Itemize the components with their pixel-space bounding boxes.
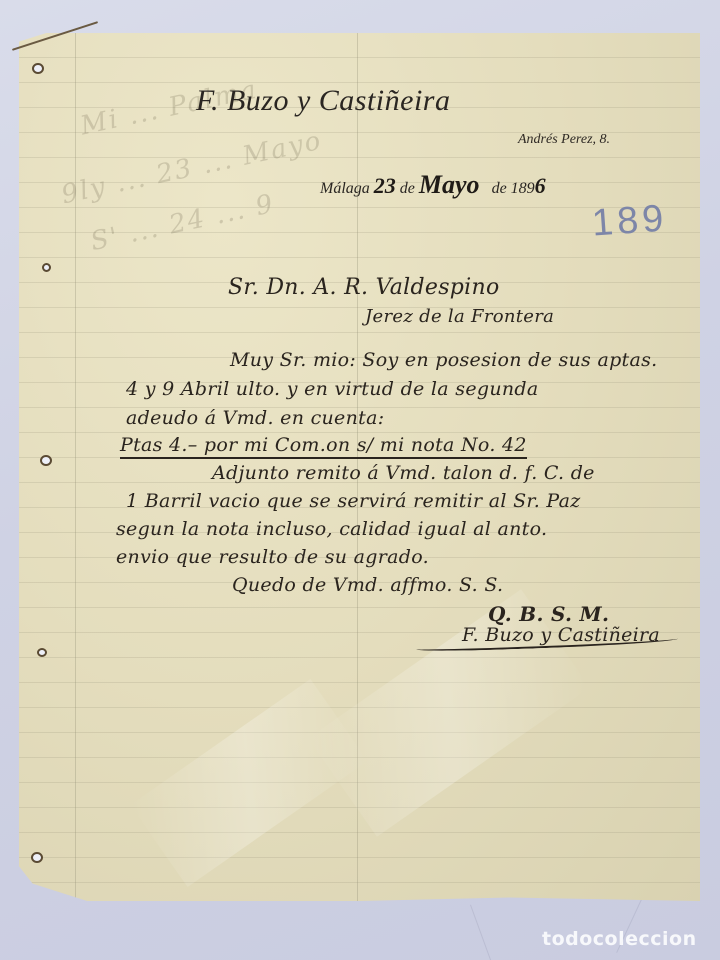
background-scratch [470,905,491,960]
date-year-prefix: 189 [511,180,535,197]
punch-hole [42,263,51,272]
punch-hole [31,852,43,863]
punch-hole [40,455,52,466]
amount-underlined: Ptas 4.– por mi Com.on s/ mi nota No. 42 [120,434,527,459]
archive-number: 189 [591,197,669,245]
body-line: segun la nota incluso, calidad igual al … [116,518,547,540]
date-place: Málaga [320,180,370,197]
body-line: 1 Barril vacio que se servirá remitir al… [126,490,581,512]
letterhead-address: Andrés Perez, 8. [518,132,610,148]
bleed-through-text: 9ly ... 23 ... Mayo [59,126,325,211]
punch-hole [37,648,47,657]
body-line: adeudo á Vmd. en cuenta: [126,407,384,429]
watermark: todocoleccion [542,928,697,950]
recipient-name: Sr. Dn. A. R. Valdespino [228,275,500,300]
margin-line [75,33,76,901]
body-line: envio que resulto de su agrado. [116,546,429,568]
date-de: de [400,180,415,197]
letterhead-company: F. Buzo y Castiñeira [196,84,450,118]
body-line: Ptas 4.– por mi Com.on s/ mi nota No. 42 [120,434,527,456]
body-line: Adjunto remito á Vmd. talon d. f. C. de [212,462,595,484]
date-day: 23 [374,173,396,198]
date-line: Málaga 23 de Mayo de 1896 [320,170,546,200]
punch-hole [32,63,44,74]
date-de: de [492,180,507,197]
date-month: Mayo [419,170,480,199]
closing-abbrev: Q. B. S. M. [488,602,609,626]
date-year-suffix: 6 [535,173,546,198]
body-line: 4 y 9 Abril ulto. y en virtud de la segu… [126,378,539,400]
fold-crease [130,679,368,887]
recipient-city: Jerez de la Frontera [365,306,554,327]
body-line: Quedo de Vmd. affmo. S. S. [232,574,503,596]
body-line: Muy Sr. mio: Soy en posesion de sus apta… [230,349,657,371]
